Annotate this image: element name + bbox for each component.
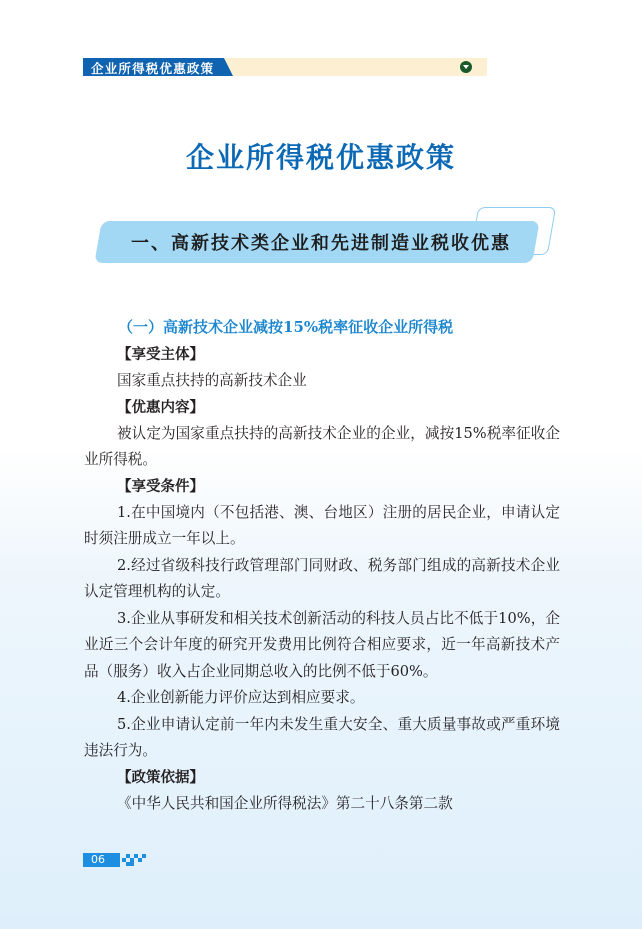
paragraph-benefit-content: 被认定为国家重点扶持的高新技术企业的企业，减按15%税率征收企业所得税。 xyxy=(84,421,560,474)
paragraph-beneficiary: 国家重点扶持的高新技术企业 xyxy=(84,368,560,395)
subsection-title: （一）高新技术企业减按15%税率征收企业所得税 xyxy=(118,316,560,338)
chevron-down-circle-icon xyxy=(460,61,472,73)
paragraph-policy-basis: 《中华人民共和国企业所得税法》第二十八条第二款 xyxy=(84,791,560,818)
running-header-title: 企业所得税优惠政策 xyxy=(91,59,214,77)
label-conditions: 【享受条件】 xyxy=(117,474,560,500)
condition-item-3: 3.企业从事研发和相关技术创新活动的科技人员占比不低于10%，企业近三个会计年度… xyxy=(84,606,560,686)
page-title: 企业所得税优惠政策 xyxy=(0,136,642,176)
section-title: 一、高新技术类企业和先进制造业税收优惠 xyxy=(96,229,546,255)
label-benefit-content: 【优惠内容】 xyxy=(117,395,560,421)
condition-item-4: 4.企业创新能力评价应达到相应要求。 xyxy=(84,685,560,712)
page-number: 06 xyxy=(83,853,120,867)
content-body: （一）高新技术企业减按15%税率征收企业所得税 【享受主体】 国家重点扶持的高新… xyxy=(84,316,560,817)
label-policy-basis: 【政策依据】 xyxy=(117,765,560,791)
label-beneficiary: 【享受主体】 xyxy=(117,342,560,368)
condition-item-1: 1.在中国境内（不包括港、澳、台地区）注册的居民企业，申请认定时须注册成立一年以… xyxy=(84,500,560,553)
checker-pattern-decoration xyxy=(122,853,146,867)
running-header-tab: 企业所得税优惠政策 xyxy=(83,58,233,76)
condition-item-5: 5.企业申请认定前一年内未发生重大安全、重大质量事故或严重环境违法行为。 xyxy=(84,712,560,765)
condition-item-2: 2.经过省级科技行政管理部门同财政、税务部门组成的高新技术企业认定管理机构的认定… xyxy=(84,553,560,606)
